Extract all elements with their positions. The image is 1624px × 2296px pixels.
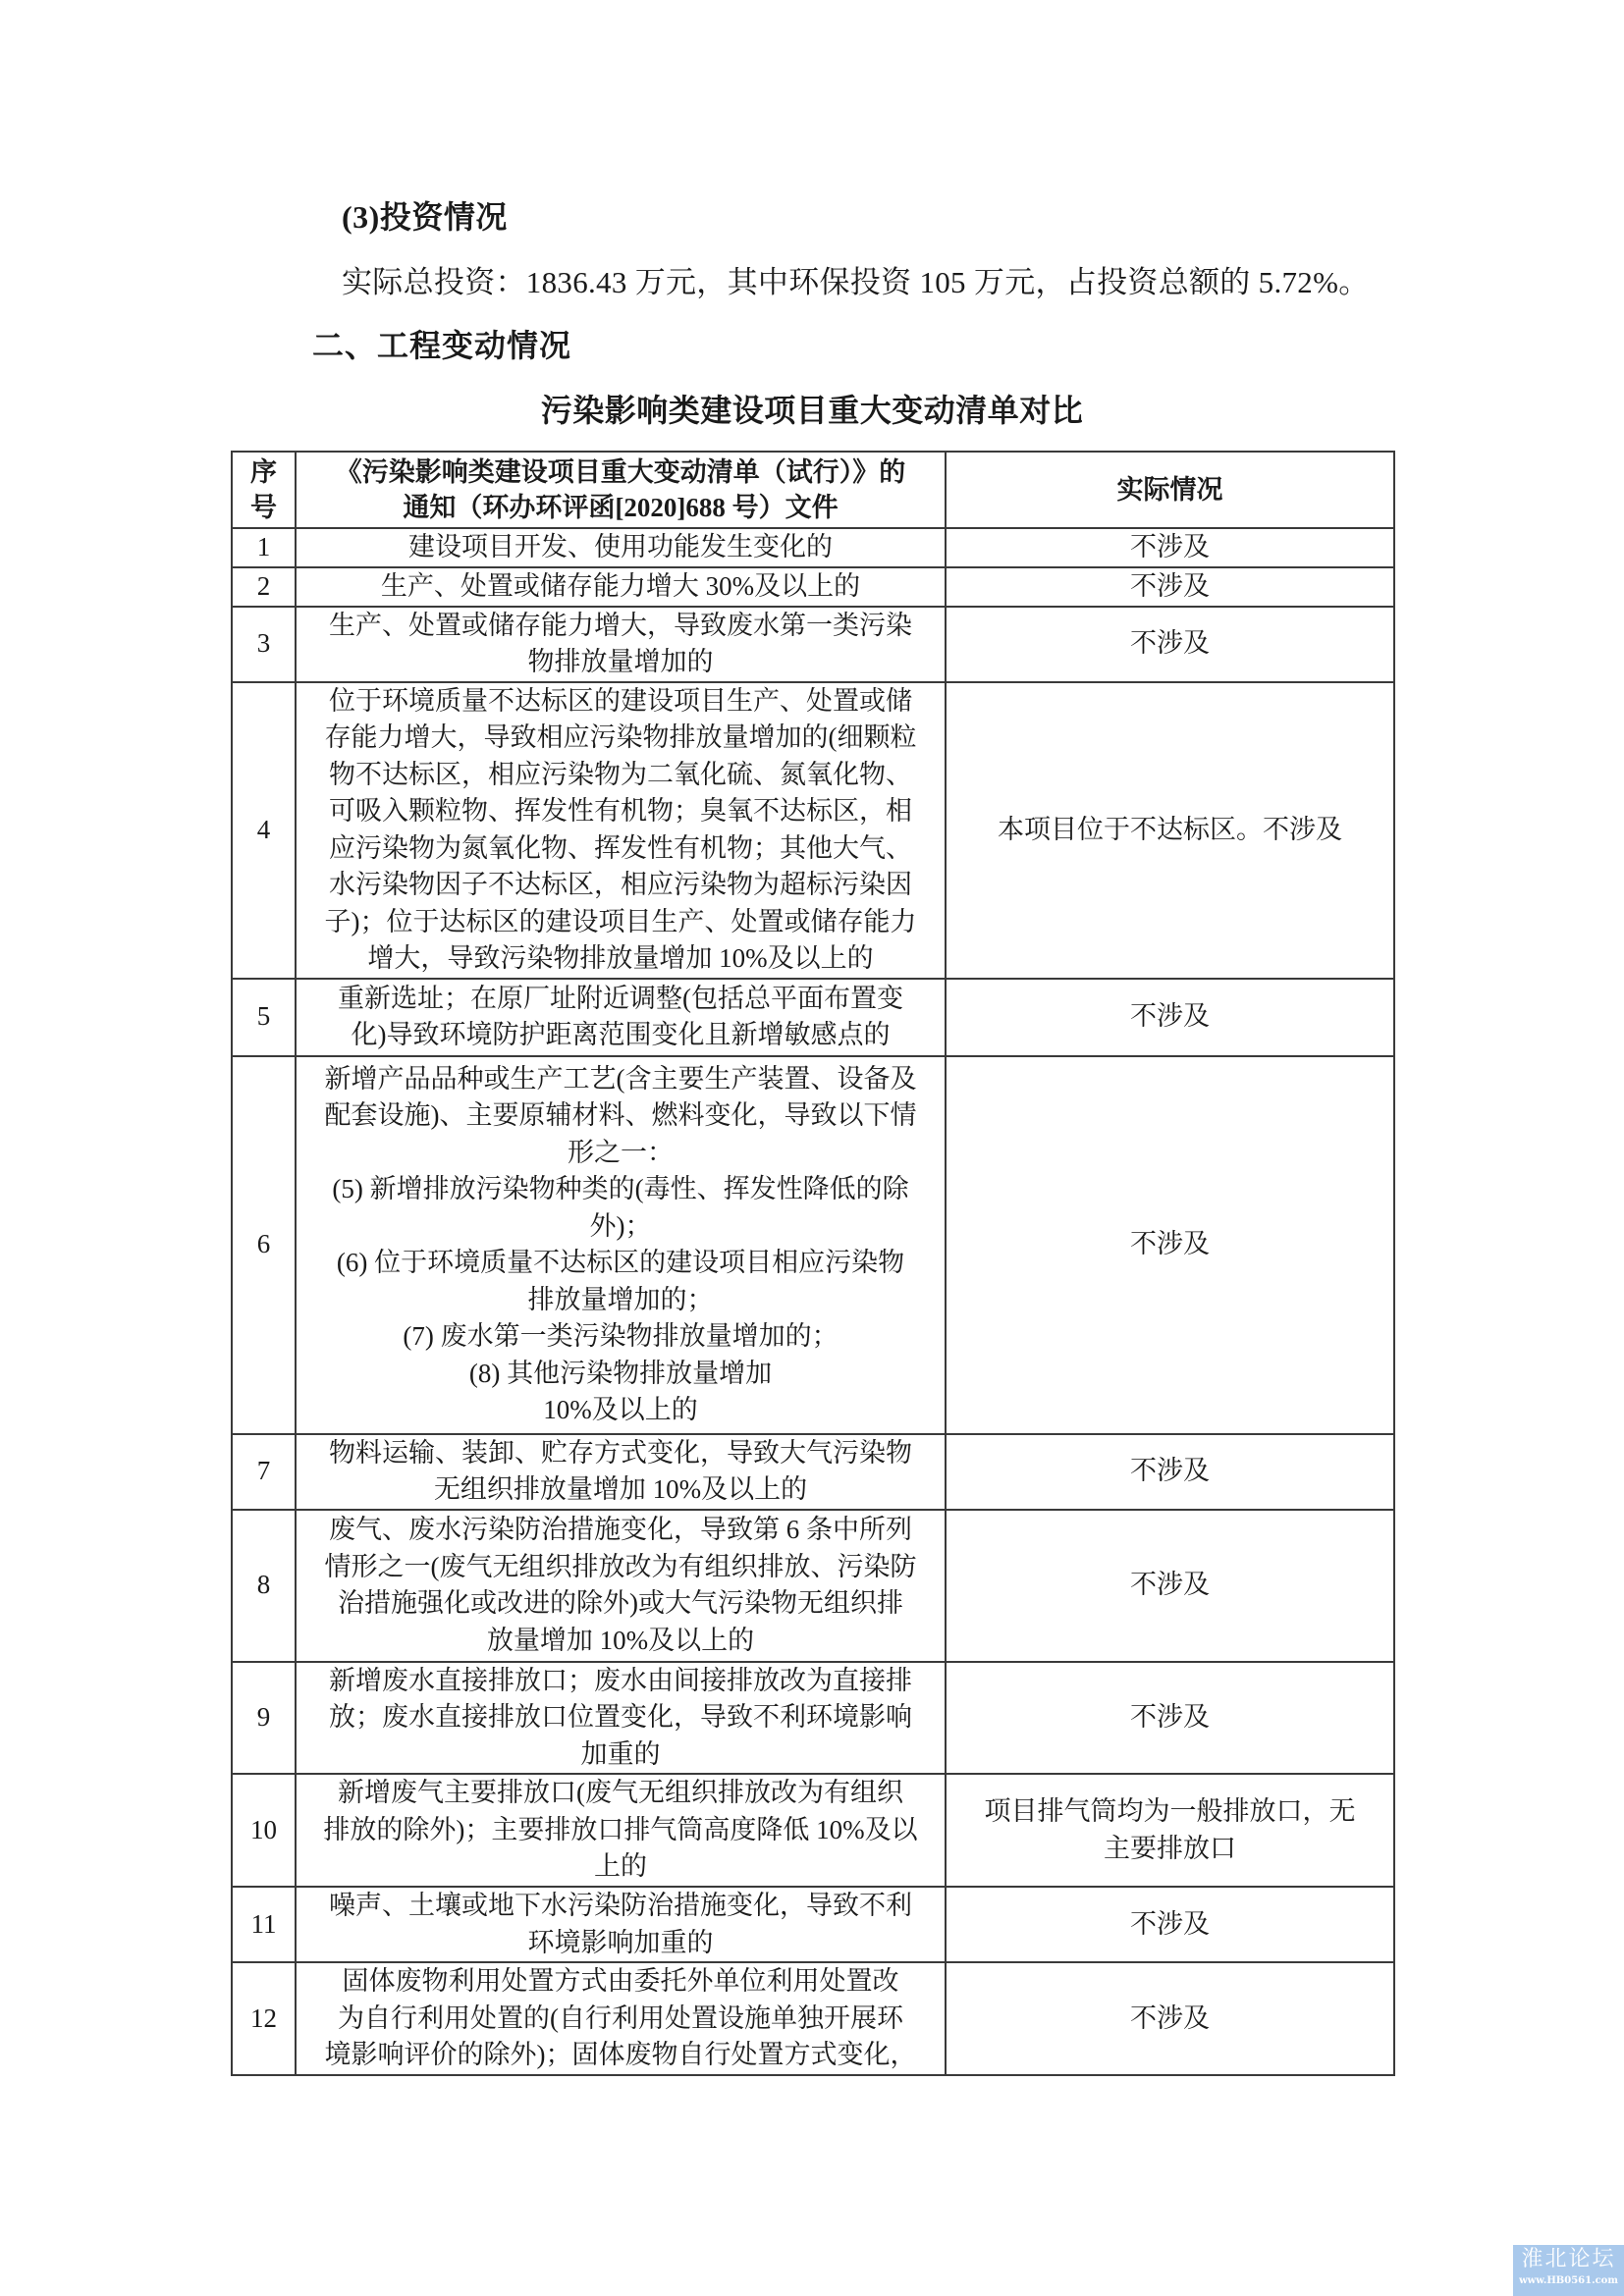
actual-situation: 不涉及: [946, 1510, 1394, 1662]
header-document: 《污染影响类建设项目重大变动清单（试行）》的 通知（环办环评函[2020]688…: [296, 452, 946, 528]
investment-paragraph: 实际总投资：1836.43 万元，其中环保投资 105 万元，占投资总额的 5.…: [342, 257, 1370, 301]
table-row: 5重新选址；在原厂址附近调整(包括总平面布置变化)导致环境防护距离范围变化且新增…: [232, 979, 1394, 1056]
change-criterion: 位于环境质量不达标区的建设项目生产、处置或储存能力增大，导致相应污染物排放量增加…: [296, 682, 946, 979]
change-criterion: 生产、处置或储存能力增大，导致废水第一类污染物排放量增加的: [296, 607, 946, 682]
change-criterion: 废气、废水污染防治措施变化，导致第 6 条中所列情形之一(废气无组织排放改为有组…: [296, 1510, 946, 1662]
table-row: 3生产、处置或储存能力增大，导致废水第一类污染物排放量增加的不涉及: [232, 607, 1394, 682]
row-number: 4: [232, 682, 296, 979]
row-number: 12: [232, 1962, 296, 2075]
actual-situation: 不涉及: [946, 979, 1394, 1056]
table-row: 6新增产品品种或生产工艺(含主要生产装置、设备及配套设施)、主要原辅材料、燃料变…: [232, 1056, 1394, 1434]
actual-situation: 本项目位于不达标区。不涉及: [946, 682, 1394, 979]
table-body: 1建设项目开发、使用功能发生变化的不涉及2生产、处置或储存能力增大 30%及以上…: [232, 528, 1394, 2075]
table-row: 9新增废水直接排放口；废水由间接排放改为直接排放；废水直接排放口位置变化，导致不…: [232, 1662, 1394, 1775]
actual-situation: 不涉及: [946, 1887, 1394, 1962]
row-number: 7: [232, 1434, 296, 1510]
table-row: 12固体废物利用处置方式由委托外单位利用处置改为自行利用处置的(自行利用处置设施…: [232, 1962, 1394, 2075]
change-criterion: 建设项目开发、使用功能发生变化的: [296, 528, 946, 567]
table-row: 10新增废气主要排放口(废气无组织排放改为有组织排放的除外)；主要排放口排气筒高…: [232, 1774, 1394, 1887]
row-number: 3: [232, 607, 296, 682]
change-criterion: 新增废气主要排放口(废气无组织排放改为有组织排放的除外)；主要排放口排气筒高度降…: [296, 1774, 946, 1887]
table-caption: 污染影响类建设项目重大变动清单对比: [0, 386, 1624, 431]
table-row: 1建设项目开发、使用功能发生变化的不涉及: [232, 528, 1394, 567]
section-heading-investment: (3)投资情况: [342, 192, 508, 238]
actual-situation: 不涉及: [946, 567, 1394, 607]
major-change-comparison-table: 序 号 《污染影响类建设项目重大变动清单（试行）》的 通知（环办环评函[2020…: [231, 451, 1395, 2076]
change-criterion: 生产、处置或储存能力增大 30%及以上的: [296, 567, 946, 607]
forum-watermark: 淮北论坛 www.HB0561.com: [1513, 2245, 1624, 2296]
watermark-url: www.HB0561.com: [1513, 2274, 1624, 2288]
table-row: 11噪声、土壤或地下水污染防治措施变化，导致不利环境影响加重的不涉及: [232, 1887, 1394, 1962]
row-number: 8: [232, 1510, 296, 1662]
change-criterion: 新增废水直接排放口；废水由间接排放改为直接排放；废水直接排放口位置变化，导致不利…: [296, 1662, 946, 1775]
change-criterion: 新增产品品种或生产工艺(含主要生产装置、设备及配套设施)、主要原辅材料、燃料变化…: [296, 1056, 946, 1434]
table-row: 8废气、废水污染防治措施变化，导致第 6 条中所列情形之一(废气无组织排放改为有…: [232, 1510, 1394, 1662]
row-number: 2: [232, 567, 296, 607]
watermark-title: 淮北论坛: [1513, 2245, 1624, 2274]
change-criterion: 重新选址；在原厂址附近调整(包括总平面布置变化)导致环境防护距离范围变化且新增敏…: [296, 979, 946, 1056]
row-number: 9: [232, 1662, 296, 1775]
actual-situation: 项目排气筒均为一般排放口，无主要排放口: [946, 1774, 1394, 1887]
actual-situation: 不涉及: [946, 528, 1394, 567]
row-number: 1: [232, 528, 296, 567]
change-criterion: 噪声、土壤或地下水污染防治措施变化，导致不利环境影响加重的: [296, 1887, 946, 1962]
section-heading-engineering-changes: 二、工程变动情况: [312, 321, 571, 366]
table-row: 2生产、处置或储存能力增大 30%及以上的不涉及: [232, 567, 1394, 607]
row-number: 10: [232, 1774, 296, 1887]
header-seq: 序 号: [232, 452, 296, 528]
row-number: 5: [232, 979, 296, 1056]
row-number: 6: [232, 1056, 296, 1434]
actual-situation: 不涉及: [946, 1962, 1394, 2075]
header-actual: 实际情况: [946, 452, 1394, 528]
actual-situation: 不涉及: [946, 1056, 1394, 1434]
change-criterion: 物料运输、装卸、贮存方式变化，导致大气污染物无组织排放量增加 10%及以上的: [296, 1434, 946, 1510]
table-row: 7物料运输、装卸、贮存方式变化，导致大气污染物无组织排放量增加 10%及以上的不…: [232, 1434, 1394, 1510]
table-header-row: 序 号 《污染影响类建设项目重大变动清单（试行）》的 通知（环办环评函[2020…: [232, 452, 1394, 528]
actual-situation: 不涉及: [946, 607, 1394, 682]
table-row: 4位于环境质量不达标区的建设项目生产、处置或储存能力增大，导致相应污染物排放量增…: [232, 682, 1394, 979]
row-number: 11: [232, 1887, 296, 1962]
actual-situation: 不涉及: [946, 1434, 1394, 1510]
actual-situation: 不涉及: [946, 1662, 1394, 1775]
change-criterion: 固体废物利用处置方式由委托外单位利用处置改为自行利用处置的(自行利用处置设施单独…: [296, 1962, 946, 2075]
